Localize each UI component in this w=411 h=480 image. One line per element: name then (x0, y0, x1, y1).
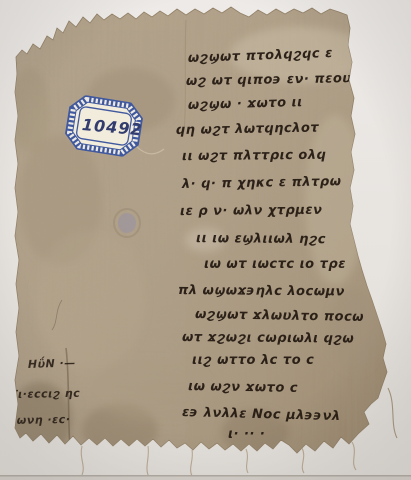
papyrus-photo-canvas: ωϩϣωτ πτολϥϩϥϲ ε ωϩ ωτ ϥιπο϶ εν· πεου ωϩ… (0, 0, 411, 480)
photograph: ωϩϣωτ πτολϥϩϥϲ ε ωϩ ωτ ϥιπο϶ εν· πεου ωϩ… (0, 0, 411, 480)
vignette-overlay (0, 0, 411, 480)
